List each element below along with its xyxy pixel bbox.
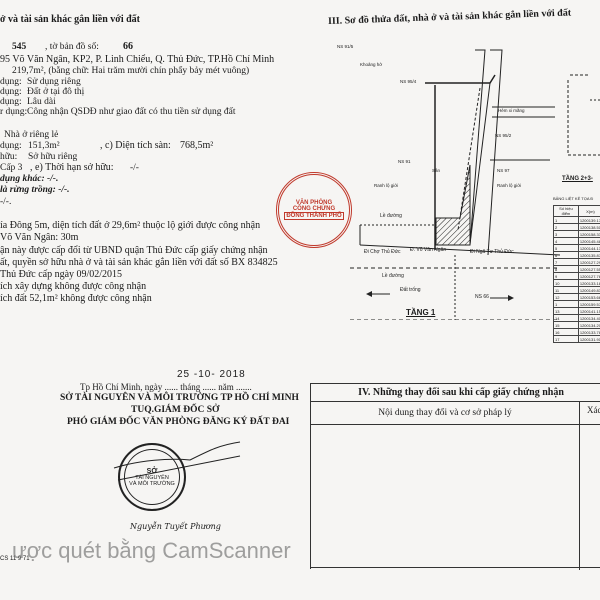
deputy-title: PHÓ GIÁM ĐỐC VĂN PHÒNG ĐĂNG KÝ ĐẤT ĐAI <box>67 417 289 428</box>
label-floor2: TẦNG 2+3- <box>562 176 593 182</box>
coord-cell: 1200159.57 <box>578 301 600 308</box>
coord-cell: 1200141.15 <box>578 308 600 315</box>
coord-row: 61200135.87 <box>554 252 600 259</box>
coord-cell: 1200134.20 <box>578 322 600 329</box>
coord-cell: 4 <box>554 238 579 245</box>
coord-cell: 1200127.29 <box>578 259 600 266</box>
house-type: Nhà ở riêng lẻ <box>4 130 58 141</box>
coord-cell: 1200127.76 <box>578 273 600 280</box>
ownership-term: -/- <box>130 163 139 174</box>
coord-cell: 17 <box>554 336 579 343</box>
section-title-left: ở và tài sản khác gắn liền với đất <box>0 14 140 25</box>
coord-cell: 1200153.66 <box>578 294 600 301</box>
label-le-duong-2: Lề đường <box>382 273 404 279</box>
diagram-title: III. Sơ đồ thửa đất, nhà ở và tài sản kh… <box>328 8 571 27</box>
coord-cell: 1200131.91 <box>578 336 600 343</box>
origin: Công nhận QSDĐ như giao đất có thu tiền … <box>27 107 235 118</box>
coord-cell: 12 <box>554 294 579 301</box>
label-ns97: NS 97 <box>497 168 510 173</box>
coord-row: 21200138.51 <box>554 224 600 231</box>
label-floor1: TẦNG 1 <box>406 308 435 317</box>
map-sheet-label: , tờ bản đồ số: <box>45 42 99 53</box>
floor2-plan <box>560 70 600 170</box>
coord-cell: 16 <box>554 329 579 336</box>
coord-row: 171200131.91 <box>554 336 600 343</box>
coord-row: 71200127.29 <box>554 259 600 266</box>
coord-row: 151200134.20 <box>554 322 600 329</box>
label-le-duong: Lề đường <box>380 213 402 219</box>
land-area: 219,7m², (bằng chữ: Hai trăm mười chín p… <box>12 66 249 77</box>
forest: là rừng trồng: -/-. <box>0 185 70 196</box>
label-ns66: NS 66 <box>475 294 489 300</box>
coord-table: Số hiệu điểm X(m) 11200139.1721200138.51… <box>553 205 600 343</box>
coord-cell: 1200138.51 <box>578 224 600 231</box>
coord-row: 11200139.17 <box>554 217 600 224</box>
coord-cell: 15 <box>554 322 579 329</box>
coord-cell: 9 <box>554 273 579 280</box>
signer-name: Nguyễn Tuyết Phương <box>130 522 221 531</box>
label-di-nga-tu: Đi Ngã Tư Thủ Đức <box>470 249 514 255</box>
coord-cell: 13 <box>554 308 579 315</box>
coord-cell: 6 <box>554 252 579 259</box>
changes-title: IV. Những thay đổi sau khi cấp giấy chứn… <box>311 384 600 402</box>
coord-cell: 5 <box>554 245 579 252</box>
coord-cell: 2 <box>554 224 579 231</box>
label-ns915: NS 91/5 <box>337 44 353 49</box>
note-line: Thủ Đức cấp ngày 09/02/2015 <box>0 269 122 280</box>
other-use: dụng khác: -/-. <box>0 174 58 185</box>
coord-cell: 8 <box>554 266 579 273</box>
note-line: Võ Văn Ngân: 30m <box>0 232 78 243</box>
address: 95 Võ Văn Ngân, KP2, P. Linh Chiểu, Q. T… <box>0 54 274 65</box>
coord-cell: 7 <box>554 259 579 266</box>
coord-cell: 1200127.55 <box>578 266 600 273</box>
map-sheet-number: 66 <box>123 41 133 52</box>
label-khoang-ho: Khoảng hở <box>360 62 382 67</box>
coord-table-title: BẢNG LIỆT KÊ TỌA Đ <box>553 196 593 201</box>
coord-row: 41200145.48 <box>554 238 600 245</box>
stamp-date: 25 -10- 2018 <box>177 369 246 380</box>
coord-row: 81200127.55 <box>554 266 600 273</box>
coord-cell: 1200133.18 <box>578 280 600 287</box>
note-line: ích đất 52,1m² không được công nhận <box>0 293 152 304</box>
grade: Cấp 3 <box>0 163 22 174</box>
camscanner-watermark: ược quét bằng CamScanner <box>12 538 291 564</box>
coord-cell: 1200144.13 <box>578 245 600 252</box>
tuq: TUQ.GIÁM ĐỐC SỞ <box>131 405 219 416</box>
coord-cell: 1200149.83 <box>578 287 600 294</box>
coord-cell: 3 <box>554 231 579 238</box>
parcel-number: 545 <box>12 42 26 53</box>
built-area-label: dụng: <box>0 141 22 152</box>
changes-col-content: Nội dung thay đổi và cơ sở pháp lý <box>311 402 580 424</box>
coord-cell: 14 <box>554 315 579 322</box>
coord-header: Số hiệu điểm <box>554 206 579 217</box>
note-line: ận này được cấp đổi từ UBND quận Thủ Đức… <box>0 245 268 256</box>
coord-cell: 10 <box>554 280 579 287</box>
signature-stroke-icon <box>110 440 250 490</box>
label-ns954: NS 95/4 <box>400 79 416 84</box>
coord-row: 91200127.76 <box>554 273 600 280</box>
ownership-label: hữu: <box>0 152 17 163</box>
label-san: Sân <box>432 168 440 173</box>
label-hem-xi-mang: Hẻm xi măng <box>498 108 525 113</box>
coord-cell: 1200133.78 <box>578 329 600 336</box>
coord-row: 51200144.13 <box>554 245 600 252</box>
coord-row: 111200149.83 <box>554 287 600 294</box>
coord-cell: 1200135.87 <box>578 252 600 259</box>
coord-cell: 1200158.33 <box>578 231 600 238</box>
coord-cell: 1200134.40 <box>578 315 600 322</box>
note-line: ích xây dựng không được công nhận <box>0 281 146 292</box>
label-ns952: NS 95/2 <box>495 133 511 138</box>
label-ns91: NS 91 <box>398 159 411 164</box>
coord-row: 121200153.66 <box>554 294 600 301</box>
misc: -/-. <box>0 197 11 208</box>
coord-cell: 1200145.48 <box>578 238 600 245</box>
ownership-term-label: , e) Thời hạn sở hữu: <box>30 162 114 173</box>
coord-row: 31200158.33 <box>554 231 600 238</box>
note-line: ất, quyền sở hữu nhà ở và tài sản khác g… <box>0 257 278 268</box>
built-area: 151,3m² <box>28 141 60 152</box>
label-ranh-lo-gioi-2: Ranh lộ giới <box>497 183 521 188</box>
coord-row: 131200141.15 <box>554 308 600 315</box>
label-road: Đ. Võ Văn Ngân <box>410 247 446 253</box>
note-line: ía Đông 5m, diện tích đất ở 29,6m² thuộc… <box>0 220 260 231</box>
coord-cell: 1200139.17 <box>578 217 600 224</box>
coord-cell: 1 <box>554 301 579 308</box>
coord-row: 141200134.40 <box>554 315 600 322</box>
floor-area-label: , c) Diện tích sàn: <box>100 140 171 151</box>
floor-area: 768,5m² <box>180 140 213 151</box>
label-dat-trong: Đất trống <box>400 287 421 293</box>
coord-cell: 11 <box>554 287 579 294</box>
label-di-cho: Đi Chợ Thủ Đức <box>364 249 401 255</box>
coord-header: X(m) <box>578 206 600 217</box>
coord-cell: 1 <box>554 217 579 224</box>
coord-row: 161200133.78 <box>554 329 600 336</box>
coord-row: 101200133.18 <box>554 280 600 287</box>
authority: SỞ TÀI NGUYÊN VÀ MÔI TRƯỜNG TP HỒ CHÍ MI… <box>60 393 299 404</box>
table-bottom-border <box>310 567 600 568</box>
coord-row: 11200159.57 <box>554 301 600 308</box>
label-ranh-lo-gioi: Ranh lộ giới <box>374 183 398 188</box>
changes-table: IV. Những thay đổi sau khi cấp giấy chứn… <box>310 383 600 569</box>
origin-label: r dụng: <box>0 107 27 118</box>
changes-col-confirm: Xác <box>587 405 600 415</box>
date-line: Tp Hồ Chí Minh, ngày ...... tháng ......… <box>80 382 252 393</box>
site-plan <box>330 40 560 320</box>
